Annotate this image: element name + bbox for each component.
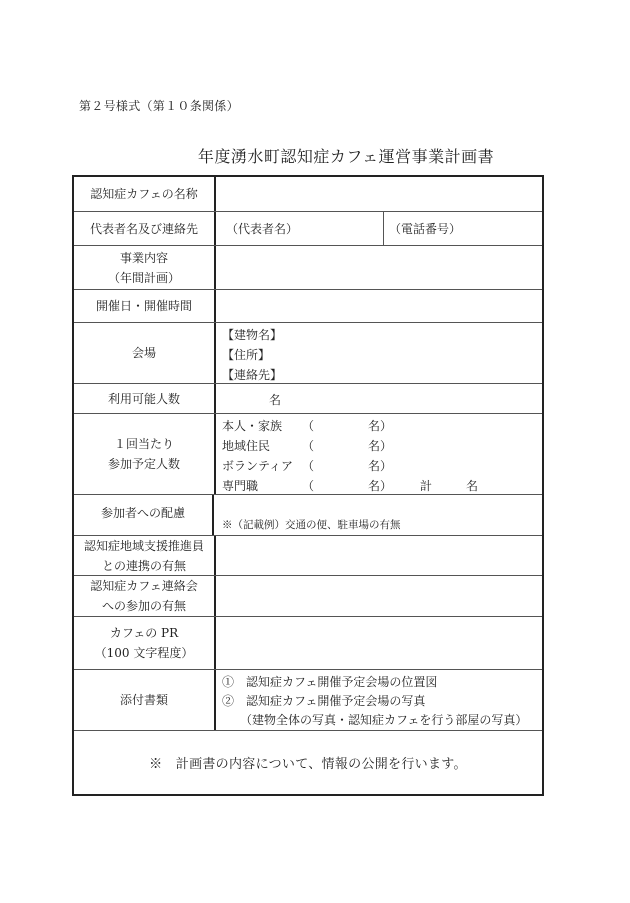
- form-number: 第２号様式（第１０条関係）: [79, 97, 239, 114]
- venue-field[interactable]: 【建物名】 【住所】 【連絡先】: [216, 323, 542, 383]
- participants-values: 本人・家族 （ 名） 地域住民 （ 名） ボランティア （ 名） 専門職 （ 名…: [216, 414, 542, 494]
- cafe-name-field[interactable]: [216, 177, 542, 211]
- participant-category: 本人・家族: [222, 416, 282, 436]
- attachment-item-2-note: （建物全体の写真・認知症カフェを行う部屋の写真）: [240, 710, 527, 730]
- attachments-label: 添付書類: [74, 670, 216, 730]
- capacity-field[interactable]: 名: [216, 384, 542, 413]
- row-capacity: 利用可能人数 名: [74, 384, 542, 414]
- plan-form-table: 認知症カフェの名称 代表者名及び連絡先 （代表者名） （電話番号） 事業内容 （…: [72, 175, 544, 796]
- row-footnote: ※ 計画書の内容について、情報の公開を行います。: [74, 731, 542, 794]
- attachments-values: ① 認知症カフェ開催予定会場の位置図 ② 認知症カフェ開催予定会場の写真 （建物…: [216, 670, 542, 730]
- consideration-label: 参加者への配慮: [74, 495, 214, 535]
- participant-category: 地域住民: [222, 436, 270, 456]
- activities-label-line2: （年間計画）: [108, 268, 180, 288]
- capacity-label: 利用可能人数: [74, 384, 216, 413]
- liaison-label-line1: 認知症カフェ連絡会: [90, 576, 197, 596]
- coordinator-label-line1: 認知症地域支援推進員: [84, 536, 204, 556]
- row-consideration: 参加者への配慮 ※（記載例）交通の便、駐車場の有無: [74, 495, 542, 536]
- row-attachments: 添付書類 ① 認知症カフェ開催予定会場の位置図 ② 認知症カフェ開催予定会場の写…: [74, 670, 542, 731]
- consideration-field[interactable]: ※（記載例）交通の便、駐車場の有無: [216, 495, 542, 535]
- pr-label: カフェの PR （100 文字程度）: [74, 617, 216, 669]
- participant-count-field[interactable]: 名）: [368, 456, 392, 476]
- schedule-field[interactable]: [216, 290, 542, 322]
- coordinator-field[interactable]: [216, 536, 542, 575]
- pr-label-line2: （100 文字程度）: [95, 643, 194, 663]
- attachment-item-1: ① 認知症カフェ開催予定会場の位置図: [222, 672, 437, 692]
- phone-divider: [383, 212, 384, 245]
- participant-open: （: [302, 416, 314, 436]
- participant-total-field[interactable]: 名: [466, 476, 478, 496]
- participants-label: １回当たり 参加予定人数: [74, 414, 216, 494]
- participant-open: （: [302, 436, 314, 456]
- participant-count-field[interactable]: 名）: [368, 436, 392, 456]
- liaison-label: 認知症カフェ連絡会 への参加の有無: [74, 576, 216, 616]
- row-representative: 代表者名及び連絡先 （代表者名） （電話番号）: [74, 212, 542, 246]
- representative-name-field[interactable]: （代表者名）: [226, 219, 298, 239]
- representative-values: （代表者名） （電話番号）: [216, 212, 542, 245]
- capacity-unit: 名: [269, 390, 281, 410]
- activities-label: 事業内容 （年間計画）: [74, 246, 216, 289]
- liaison-field[interactable]: [216, 576, 542, 616]
- disclosure-note: ※ 計画書の内容について、情報の公開を行います。: [74, 731, 542, 794]
- row-pr: カフェの PR （100 文字程度）: [74, 617, 542, 670]
- cafe-name-label: 認知症カフェの名称: [74, 177, 216, 211]
- row-schedule: 開催日・開催時間: [74, 290, 542, 323]
- consideration-example: ※（記載例）交通の便、駐車場の有無: [222, 515, 401, 535]
- activities-field[interactable]: [216, 246, 542, 289]
- attachment-item-2: ② 認知症カフェ開催予定会場の写真: [222, 691, 425, 711]
- coordinator-label-line2: との連携の有無: [102, 556, 186, 576]
- participant-category: 専門職: [222, 476, 258, 496]
- participant-category: ボランティア: [222, 456, 293, 476]
- participant-open: （: [302, 456, 314, 476]
- participant-open: （: [302, 476, 314, 496]
- row-venue: 会場 【建物名】 【住所】 【連絡先】: [74, 323, 542, 384]
- participants-label-line1: １回当たり: [114, 434, 174, 454]
- row-activities: 事業内容 （年間計画）: [74, 246, 542, 290]
- activities-label-line1: 事業内容: [120, 248, 168, 268]
- venue-building: 【建物名】: [222, 325, 282, 345]
- page-title: 年度湧水町認知症カフェ運営事業計画書: [0, 144, 630, 167]
- representative-phone-field[interactable]: （電話番号）: [389, 219, 461, 239]
- row-coordinator: 認知症地域支援推進員 との連携の有無: [74, 536, 542, 576]
- coordinator-label: 認知症地域支援推進員 との連携の有無: [74, 536, 216, 575]
- participant-total-label: 計: [420, 476, 432, 496]
- venue-label: 会場: [74, 323, 216, 383]
- participants-label-line2: 参加予定人数: [108, 454, 180, 474]
- row-cafe-name: 認知症カフェの名称: [74, 177, 542, 212]
- row-liaison: 認知症カフェ連絡会 への参加の有無: [74, 576, 542, 617]
- pr-field[interactable]: [216, 617, 542, 669]
- row-participants: １回当たり 参加予定人数 本人・家族 （ 名） 地域住民 （ 名） ボランティア…: [74, 414, 542, 495]
- participant-count-field[interactable]: 名）: [368, 476, 392, 496]
- liaison-label-line2: への参加の有無: [102, 596, 186, 616]
- participant-count-field[interactable]: 名）: [368, 416, 392, 436]
- pr-label-line1: カフェの PR: [110, 623, 178, 643]
- schedule-label: 開催日・開催時間: [74, 290, 216, 322]
- venue-contact: 【連絡先】: [222, 365, 282, 385]
- representative-label: 代表者名及び連絡先: [74, 212, 216, 245]
- venue-address: 【住所】: [222, 345, 270, 365]
